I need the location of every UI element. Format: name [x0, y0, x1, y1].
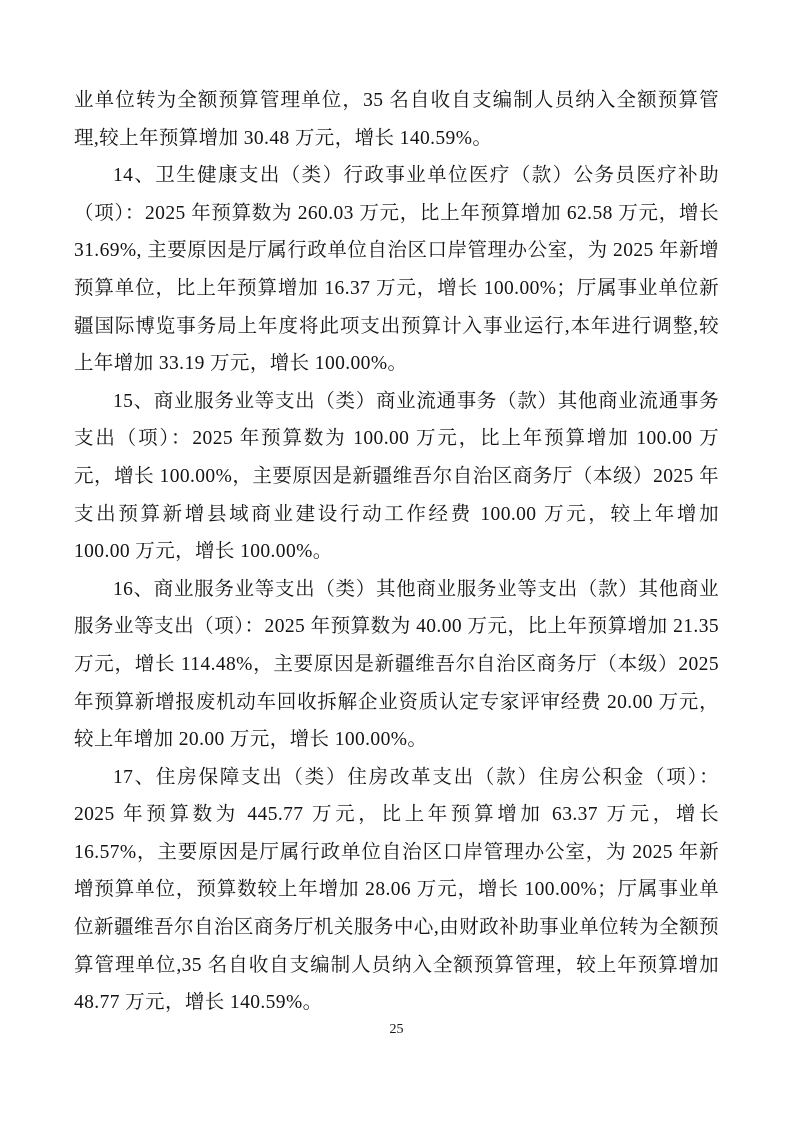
body-paragraph-item-15: 15、商业服务业等支出（类）商业流通事务（款）其他商业流通事务支出（项）：202… — [74, 383, 719, 571]
body-paragraph-continuation: 业单位转为全额预算管理单位，35 名自收自支编制人员纳入全额预算管理,较上年预算… — [74, 82, 719, 157]
document-body: 业单位转为全额预算管理单位，35 名自收自支编制人员纳入全额预算管理,较上年预算… — [74, 82, 719, 1022]
body-paragraph-item-14: 14、卫生健康支出（类）行政事业单位医疗（款）公务员医疗补助（项）：2025 年… — [74, 157, 719, 383]
body-paragraph-item-16: 16、商业服务业等支出（类）其他商业服务业等支出（款）其他商业服务业等支出（项）… — [74, 571, 719, 759]
body-paragraph-item-17: 17、住房保障支出（类）住房改革支出（款）住房公积金（项）：2025 年预算数为… — [74, 759, 719, 1022]
document-page: 业单位转为全额预算管理单位，35 名自收自支编制人员纳入全额预算管理,较上年预算… — [0, 0, 793, 1122]
page-number: 25 — [0, 1022, 793, 1038]
